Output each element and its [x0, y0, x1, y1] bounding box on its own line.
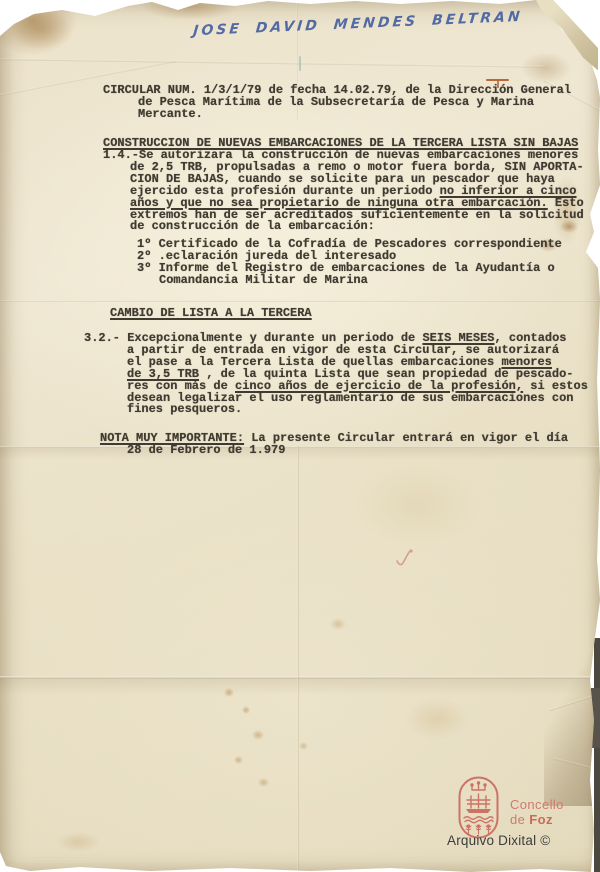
effective-note: NOTA MUY IMPORTANTE: La presente Circula… [100, 433, 568, 457]
scanner-background-edge [594, 638, 600, 872]
archive-credit: Arquivo Dixital © [447, 833, 550, 848]
logo-text: Concello de Foz [510, 797, 564, 827]
fold-crease-shadow [0, 679, 600, 695]
logo-org-line2-name: Foz [529, 812, 553, 827]
clause-3-2: 3.2.- Excepcionalmente y durante un peri… [84, 333, 588, 416]
logo-org-line2-prefix: de [510, 812, 529, 827]
typed-line: 28 de Febrero de 1.979 [127, 445, 568, 457]
section-2-heading: CAMBIO DE LISTA A LA TERCERA [110, 308, 312, 320]
stain [140, 0, 240, 20]
orange-pen-mark [486, 79, 509, 88]
stain [242, 706, 250, 714]
stain [330, 618, 346, 630]
typed-line: de construcción de la embarcación: [130, 221, 584, 233]
paper-sheet: CIRCULAR NUM. 1/3/1/79 de fecha 14.02.79… [0, 0, 600, 872]
stain [10, 8, 72, 50]
orange-pen-mark-stem [497, 81, 499, 88]
logo-org-line2: de Foz [510, 812, 564, 827]
typed-line: fines pesqueros. [127, 404, 588, 416]
pink-check-mark [394, 547, 422, 576]
stain [299, 742, 308, 750]
circular-header: CIRCULAR NUM. 1/3/1/79 de fecha 14.02.79… [103, 85, 571, 121]
stain [252, 730, 264, 740]
typed-line: Mercante. [138, 109, 571, 121]
requirements-list: 1º Certificado de la Cofradía de Pescado… [137, 239, 562, 287]
typed-line: CAMBIO DE LISTA A LA TERCERA [110, 308, 312, 320]
logo-org-line1: Concello [510, 797, 564, 812]
typed-line: Comandancia Militar de Marina [159, 275, 562, 287]
stain [258, 778, 269, 787]
clause-1-4: 1.4.-Se autorizara la construcción de nu… [103, 150, 584, 233]
pink-check-icon [394, 547, 422, 571]
stain [405, 698, 469, 740]
fold-crease [0, 300, 600, 302]
fold-crease-vertical [297, 446, 299, 872]
handwritten-name: JOSE DAVID MENDES BELTRAN [192, 9, 523, 39]
teal-pen-mark [299, 56, 301, 71]
fold-crease [0, 58, 545, 68]
stain [234, 756, 243, 764]
concello-de-foz-logo: Concello de Foz [458, 776, 564, 839]
stain [56, 832, 100, 852]
stain [520, 52, 572, 84]
stain [352, 462, 482, 548]
ship-crest-icon [458, 776, 499, 839]
scanned-document: CIRCULAR NUM. 1/3/1/79 de fecha 14.02.79… [0, 0, 600, 872]
